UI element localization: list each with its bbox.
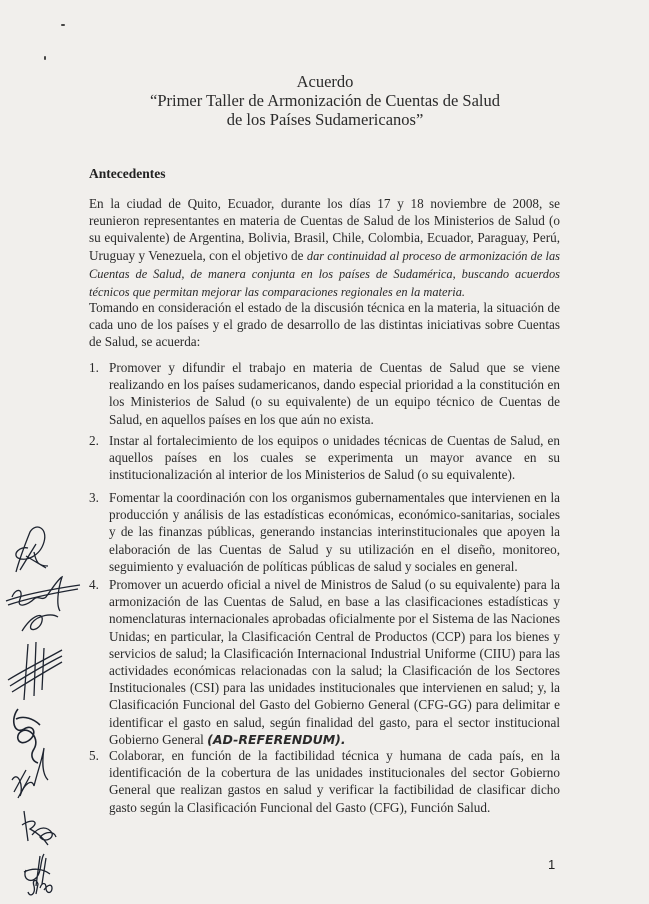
signature-6: [18, 805, 58, 849]
agreement-text: Colaborar, en función de la factibilidad…: [109, 747, 560, 816]
scanned-document-page: Acuerdo “Primer Taller de Armonización d…: [0, 0, 649, 904]
signature-3: [4, 640, 64, 710]
signature-2: [2, 575, 82, 635]
title-line-3: de los Países Sudamericanos”: [90, 110, 560, 129]
agreement-number: 1.: [89, 359, 99, 376]
title-line-1: Acuerdo: [90, 72, 560, 91]
agreement-text: Instar al fortalecimiento de los equipos…: [109, 432, 560, 484]
agreement-text: Promover un acuerdo oficial a nivel de M…: [109, 576, 560, 748]
signature-5: [8, 740, 58, 800]
speck: [44, 56, 46, 60]
title-line-2: “Primer Taller de Armonización de Cuenta…: [90, 91, 560, 110]
agreement-text: Fomentar la coordinación con los organis…: [109, 489, 560, 575]
lead-paragraph: Tomando en consideración el estado de la…: [89, 299, 560, 351]
signature-8: [24, 876, 54, 898]
speck: [61, 24, 65, 26]
signature-1: [6, 522, 56, 582]
intro-paragraph: En la ciudad de Quito, Ecuador, durante …: [89, 195, 560, 301]
agreement-number: 2.: [89, 432, 99, 449]
page-number: 1: [548, 857, 555, 872]
agreement-text: Promover y difundir el trabajo en materi…: [109, 359, 560, 428]
margin-signatures: [0, 500, 110, 900]
agreement-text-body: Promover un acuerdo oficial a nivel de M…: [109, 577, 560, 747]
section-heading-antecedentes: Antecedentes: [89, 166, 165, 182]
ad-referendum-emphasis: (AD-REFERENDUM).: [207, 732, 345, 747]
document-title: Acuerdo “Primer Taller de Armonización d…: [90, 72, 560, 129]
